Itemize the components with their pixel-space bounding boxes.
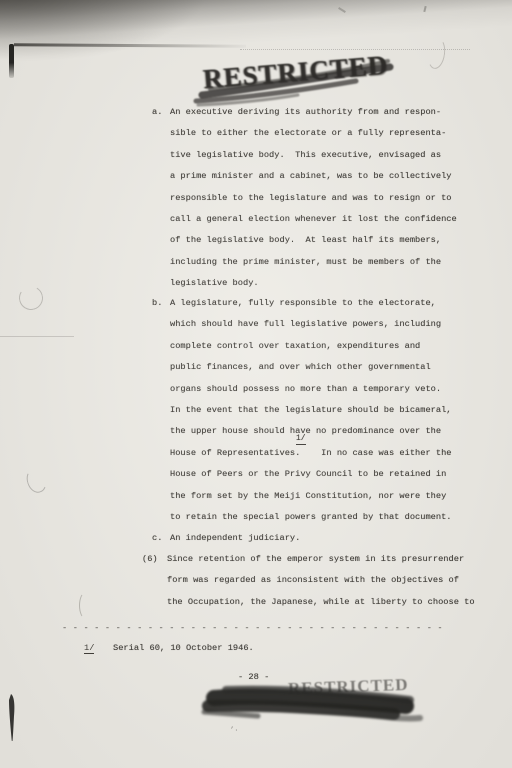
- text-line: tive legislative body. This executive, e…: [170, 145, 457, 166]
- restricted-stamp-top: RESTRICTED: [202, 50, 389, 95]
- text-line: responsible to the legislature and was t…: [170, 188, 457, 209]
- pencil-mark: [338, 7, 346, 13]
- paragraph-c: c. An independent judiciary.: [152, 528, 300, 549]
- footnote-ref-label: 1/: [84, 638, 113, 659]
- paragraph-b-label: b.: [152, 293, 170, 528]
- text-line: the form set by the Meiji Constitution, …: [170, 486, 452, 507]
- pencil-mark: [79, 592, 92, 619]
- scan-edge-shadow: [0, 0, 512, 60]
- footnote-text: Serial 60, 10 October 1946.: [113, 638, 254, 659]
- footnote-reference-superscript: 1/: [296, 434, 306, 445]
- paragraph-6-label: (6): [142, 549, 167, 613]
- text-line: the Occupation, the Japanese, while at l…: [167, 592, 475, 613]
- paragraph-c-lines: An independent judiciary.: [170, 528, 300, 549]
- footnote-separator-dashes: - - - - - - - - - - - - - - - - - - - - …: [62, 618, 443, 639]
- ink-mark: [9, 44, 14, 78]
- pencil-mark: [0, 336, 74, 337]
- text-line: An independent judiciary.: [170, 528, 300, 549]
- pencil-mark: [426, 37, 447, 70]
- text-line: which should have full legislative power…: [170, 314, 452, 335]
- text-line: In the event that the legislature should…: [170, 400, 452, 421]
- pencil-mark: [423, 6, 426, 12]
- text-line: sible to either the electorate or a full…: [170, 123, 457, 144]
- text-line: organs should possess no more than a tem…: [170, 379, 452, 400]
- pencil-mark: [24, 466, 50, 496]
- paragraph-c-label: c.: [152, 528, 170, 549]
- paragraph-a: a. An executive deriving its authority f…: [152, 102, 457, 295]
- paragraph-b: b. A legislature, fully responsible to t…: [152, 293, 452, 528]
- text-line: including the prime minister, must be me…: [170, 252, 457, 273]
- text-line: Since retention of the emperor system in…: [167, 549, 475, 570]
- text-line: House of Representatives. In no case was…: [170, 443, 452, 464]
- text-line: a prime minister and a cabinet, was to b…: [170, 166, 457, 187]
- paragraph-6: (6) Since retention of the emperor syste…: [142, 549, 475, 613]
- restricted-stamp-bottom: RESTRICTED: [288, 675, 409, 699]
- paragraph-a-lines: An executive deriving its authority from…: [170, 102, 457, 295]
- text-line: form was regarded as inconsistent with t…: [167, 570, 475, 591]
- pencil-mark: [16, 283, 45, 312]
- text-line: of the legislative body. At least half i…: [170, 230, 457, 251]
- text-line: call a general election whenever it lost…: [170, 209, 457, 230]
- text-line: public finances, and over which other go…: [170, 357, 452, 378]
- text-line: to retain the special powers granted by …: [170, 507, 452, 528]
- paragraph-a-label: a.: [152, 102, 170, 295]
- paragraph-b-lines: A legislature, fully responsible to the …: [170, 293, 452, 528]
- stray-mark: ’∙: [230, 727, 238, 735]
- text-line: A legislature, fully responsible to the …: [170, 293, 452, 314]
- footnote-ref-text: 1/: [84, 643, 94, 654]
- text-line: House of Peers or the Privy Council to b…: [170, 464, 452, 485]
- text-line: An executive deriving its authority from…: [170, 102, 457, 123]
- footnote: 1/ Serial 60, 10 October 1946.: [84, 638, 254, 659]
- text-line: legislative body.: [170, 273, 457, 294]
- page-number: - 28 -: [238, 667, 269, 688]
- paragraph-6-lines: Since retention of the emperor system in…: [167, 549, 475, 613]
- ink-mark: [8, 694, 17, 742]
- scanned-document-page: ’∙ RESTRICTED a. An executive deriving i…: [0, 0, 512, 768]
- text-line: the upper house should have no predomina…: [170, 421, 452, 442]
- scan-corner-shadow: [0, 0, 210, 62]
- scratch-line-dotted: [240, 49, 470, 50]
- text-line: complete control over taxation, expendit…: [170, 336, 452, 357]
- scratch-line: [14, 43, 246, 48]
